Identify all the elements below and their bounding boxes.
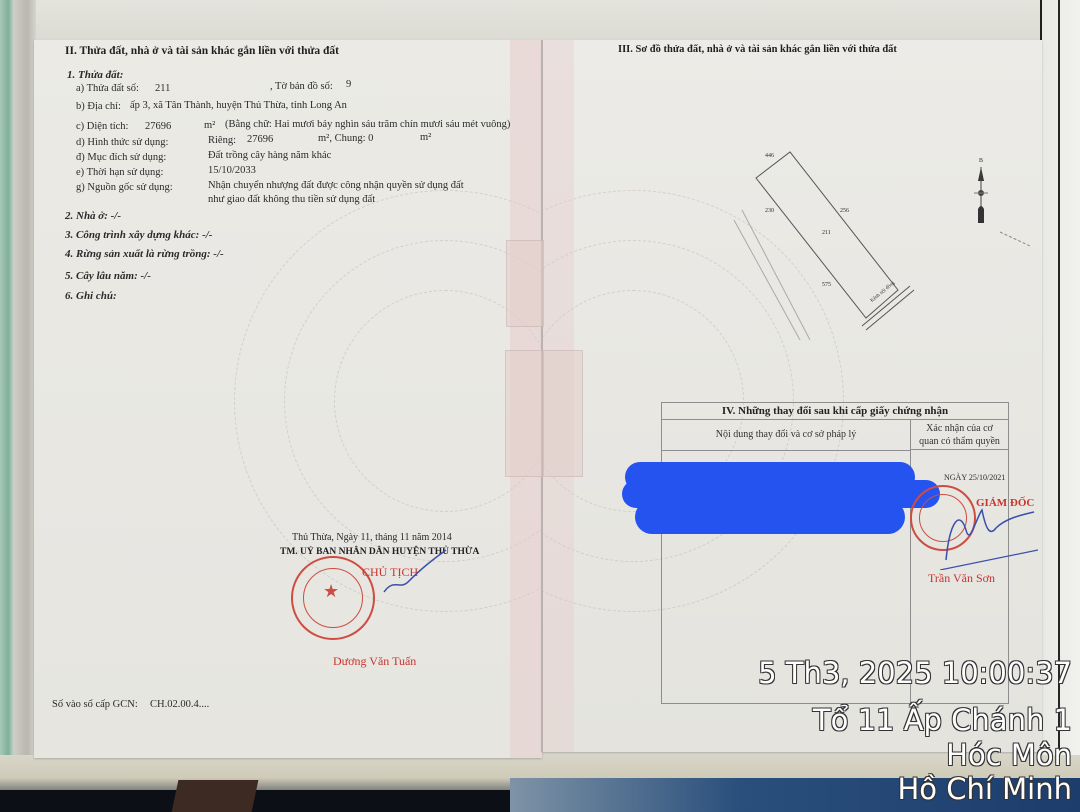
use-form-label: d) Hình thức sử dụng: — [76, 138, 168, 149]
term-label: e) Thời hạn sử dụng: — [76, 168, 163, 179]
address-value: ấp 3, xã Tân Thành, huyện Thủ Thừa, tỉnh… — [130, 101, 347, 112]
confirm-name: Trần Văn Sơn — [928, 572, 995, 584]
term-value: 15/10/2033 — [208, 166, 256, 177]
sign-name: Dương Văn Tuấn — [333, 655, 416, 667]
perennial-item: 5. Cây lâu năm: -/- — [65, 271, 151, 282]
notes-item: 6. Ghi chú: — [65, 291, 117, 302]
parcel-no-label: a) Thửa đất số: — [76, 84, 139, 95]
production-forest-item: 4. Rừng sản xuất là rừng trồng: -/- — [65, 249, 224, 260]
neighbor-right-label: 256 — [840, 208, 849, 214]
north-label: B — [979, 158, 983, 164]
north-arrow-icon — [972, 165, 990, 227]
map-sheet-value: 9 — [346, 80, 351, 91]
background-object — [172, 780, 259, 812]
photo-location-line3: Hồ Chí Minh — [897, 772, 1072, 806]
section-iii-title: III. Sơ đồ thửa đất, nhà ở và tài sản kh… — [618, 45, 897, 56]
area-value: 27696 — [145, 122, 171, 133]
registry-label: Số vào sổ cấp GCN: — [52, 700, 138, 711]
confirm-header-line1: Xác nhận của cơ — [911, 422, 1008, 435]
sign-place-date: Thủ Thừa, Ngày 11, tháng 11 năm 2014 — [292, 533, 452, 543]
area-in-words: (Bằng chữ: Hai mươi bảy nghìn sáu trăm c… — [225, 120, 510, 131]
use-form-shared: m², Chung: 0 — [318, 134, 373, 145]
signature-right — [938, 490, 1038, 570]
origin-value-line1: Nhận chuyển nhượng đất được công nhận qu… — [208, 181, 464, 192]
other-construction-item: 3. Công trình xây dựng khác: -/- — [65, 230, 212, 241]
purpose-value: Đất trồng cây hàng năm khác — [208, 151, 331, 162]
house-item: 2. Nhà ở: -/- — [65, 211, 121, 222]
tape-strip — [543, 350, 583, 477]
background-green-edge — [0, 0, 14, 760]
section-ii-title: II. Thửa đất, nhà ở và tài sản khác gắn … — [65, 46, 339, 58]
changes-table-title: IV. Những thay đổi sau khi cấp giấy chứn… — [662, 403, 1008, 420]
use-form-private-value: 27696 — [247, 135, 273, 146]
land-heading: 1. Thửa đất: — [67, 70, 123, 81]
background-wall — [0, 0, 1080, 40]
changes-col-confirm-header: Xác nhận của cơ quan có thẩm quyền — [911, 420, 1008, 450]
parcel-no-value: 211 — [155, 84, 170, 95]
confirm-header-line2: quan có thẩm quyền — [911, 435, 1008, 448]
origin-value-line2: như giao đất không thu tiền sử dụng đất — [208, 195, 375, 206]
photo-location-line1: Tổ 11 Ấp Chánh 1 — [813, 703, 1072, 737]
redaction-mark — [635, 500, 905, 534]
photo-location-line2: Hóc Môn — [946, 738, 1072, 772]
parcel-number-label: 211 — [822, 230, 831, 236]
signature-left — [380, 548, 450, 598]
confirm-date: NGÀY 25/10/2021 — [944, 474, 1005, 482]
neighbor-top-label: 446 — [765, 153, 774, 159]
star-emblem-icon: ★ — [323, 582, 339, 600]
area-unit: m² — [204, 121, 215, 132]
tape-strip — [505, 350, 543, 477]
changes-col-content-header: Nội dung thay đổi và cơ sở pháp lý — [662, 420, 911, 451]
photo-timestamp: 5 Th3, 2025 10:00:37 — [758, 656, 1072, 690]
use-form-private-label: Riêng: — [208, 136, 236, 147]
use-form-shared-unit: m² — [420, 133, 431, 144]
registry-value: CH.02.00.4.... — [150, 700, 209, 711]
neighbor-bottom-label: 575 — [822, 282, 831, 288]
address-label: b) Địa chỉ: — [76, 102, 121, 113]
tape-strip — [506, 240, 544, 327]
map-sheet-label: , Tờ bản đồ số: — [270, 82, 333, 93]
background-frame-right — [1040, 0, 1080, 760]
neighbor-left-label: 230 — [765, 208, 774, 214]
area-label: c) Diện tích: — [76, 122, 128, 133]
background-frame-left — [14, 0, 36, 760]
origin-label: g) Nguồn gốc sử dụng: — [76, 183, 173, 194]
purpose-label: đ) Mục đích sử dụng: — [76, 153, 166, 164]
